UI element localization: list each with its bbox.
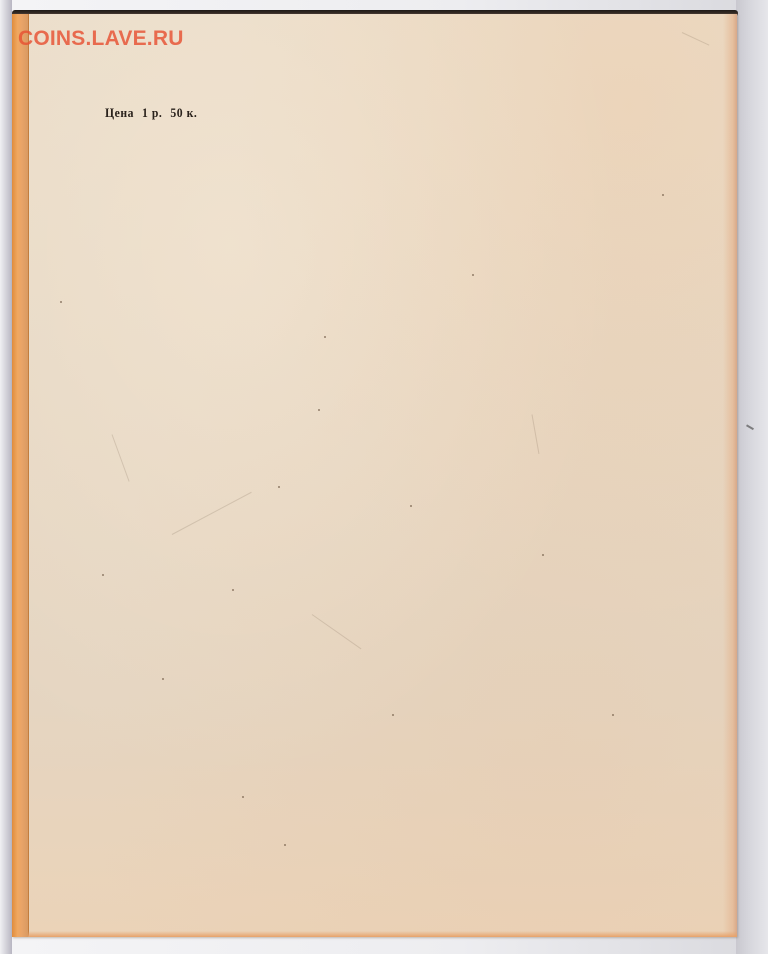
paper-fiber <box>172 492 252 535</box>
paper-speck <box>318 409 320 411</box>
paper-speck <box>232 589 234 591</box>
back-cover <box>12 14 737 937</box>
paper-speck <box>60 301 62 303</box>
spine-edge <box>12 14 29 937</box>
paper-speck <box>278 486 280 488</box>
paper-speck <box>324 336 326 338</box>
bottom-edge-discoloration <box>28 931 737 937</box>
paper-speck <box>662 194 664 196</box>
price-line: Цена 1 р. 50 к. <box>105 105 197 121</box>
price-rubles: 1 р. <box>142 105 162 120</box>
paper-fiber <box>312 614 362 649</box>
price-kopecks: 50 к. <box>170 105 197 120</box>
paper-speck <box>284 844 286 846</box>
paper-speck <box>472 274 474 276</box>
paper-speck <box>392 714 394 716</box>
watermark: COINS.LAVE.RU <box>18 27 184 51</box>
paper-speck <box>542 554 544 556</box>
price-label: Цена <box>105 105 134 120</box>
paper-speck <box>242 796 244 798</box>
paper-fiber <box>682 32 710 46</box>
paper-speck <box>102 574 104 576</box>
paper-speck <box>162 678 164 680</box>
scanner-background-left <box>0 0 12 954</box>
scanner-background-right <box>736 0 768 954</box>
paper-speck <box>612 714 614 716</box>
paper-fiber <box>532 414 540 454</box>
paper-speck <box>410 505 412 507</box>
right-edge-discoloration <box>723 14 737 937</box>
paper-fiber <box>112 434 130 481</box>
